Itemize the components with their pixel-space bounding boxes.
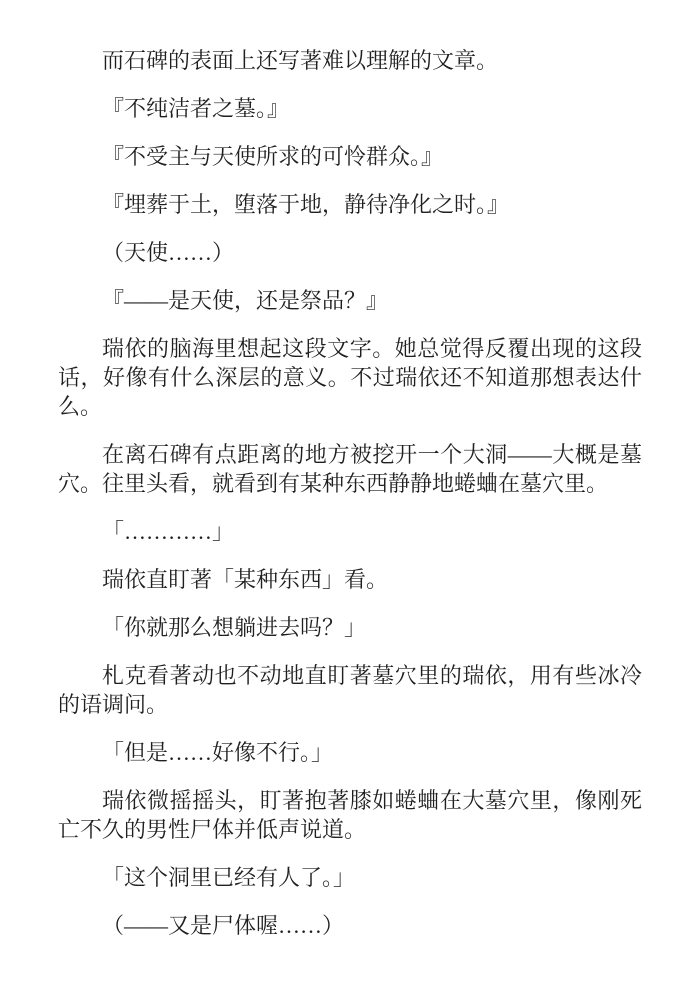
narration-paragraph: 瑞依微摇摇头，盯著抱著膝如蜷蛐在大墓穴里，像刚死亡不久的男性尸体并低声说道。 [58,786,642,844]
dialogue-line: 「你就那么想躺进去吗？」 [58,613,642,642]
narration-paragraph: 札克看著动也不动地直盯著墓穴里的瑞依，用有些冰冷的语调问。 [58,661,642,719]
narration-paragraph: 而石碑的表面上还写著难以理解的文章。 [58,46,642,75]
inscription-line: 『不受主与天使所求的可怜群众。』 [58,142,642,171]
dialogue-line: 「这个洞里已经有人了。」 [58,863,642,892]
dialogue-line: 「但是……好像不行。」 [58,738,642,767]
novel-page: 而石碑的表面上还写著难以理解的文章。 『不纯洁者之墓。』 『不受主与天使所求的可… [0,0,700,992]
thought-line: （——又是尸体喔……） [58,911,642,940]
inscription-line: 『——是天使，还是祭品？』 [58,286,642,315]
inscription-line: 『埋葬于土，堕落于地，静待净化之时。』 [58,190,642,219]
thought-line: （天使……） [58,238,642,267]
narration-paragraph: 在离石碑有点距离的地方被挖开一个大洞——大概是墓穴。往里头看，就看到有某种东西静… [58,440,642,498]
narration-paragraph: 瑞依的脑海里想起这段文字。她总觉得反覆出现的这段话，好像有什么深层的意义。不过瑞… [58,334,642,421]
inscription-line: 『不纯洁者之墓。』 [58,94,642,123]
narration-paragraph: 瑞依直盯著「某种东西」看。 [58,565,642,594]
dialogue-line: 「…………」 [58,517,642,546]
